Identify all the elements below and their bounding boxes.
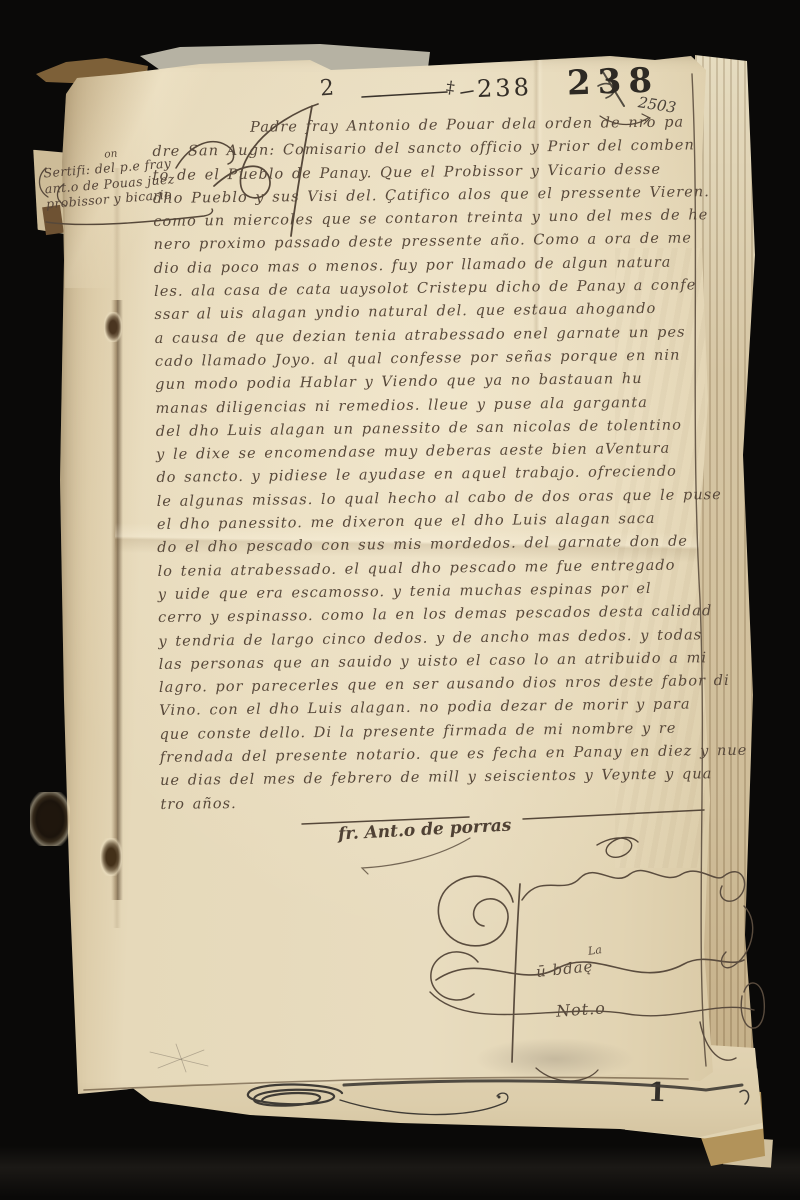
- table-surface-shadow: [0, 1146, 800, 1200]
- folio-number-small: 2: [319, 76, 335, 102]
- wormhole-left-edge: [30, 792, 70, 846]
- wormhole-gutter-top: [104, 312, 122, 342]
- archival-photo-backdrop: 2 ‡ 238 238 2503 on Sertifi: del p.e fra…: [0, 0, 800, 1200]
- gray-smudge-stain: [475, 1038, 635, 1080]
- notary-title-abbreviation: Not.o: [555, 998, 606, 1020]
- gutter-crease: [111, 300, 123, 900]
- folio-number-mid: 238: [477, 73, 533, 103]
- notary-rubric-small-label: La: [587, 943, 603, 958]
- bottom-folio-mark: 1: [647, 1078, 666, 1109]
- wormhole-gutter-bottom: [100, 838, 122, 876]
- manuscript-body-text: Padre fray Antonio de Pouar dela orden d…: [152, 111, 740, 817]
